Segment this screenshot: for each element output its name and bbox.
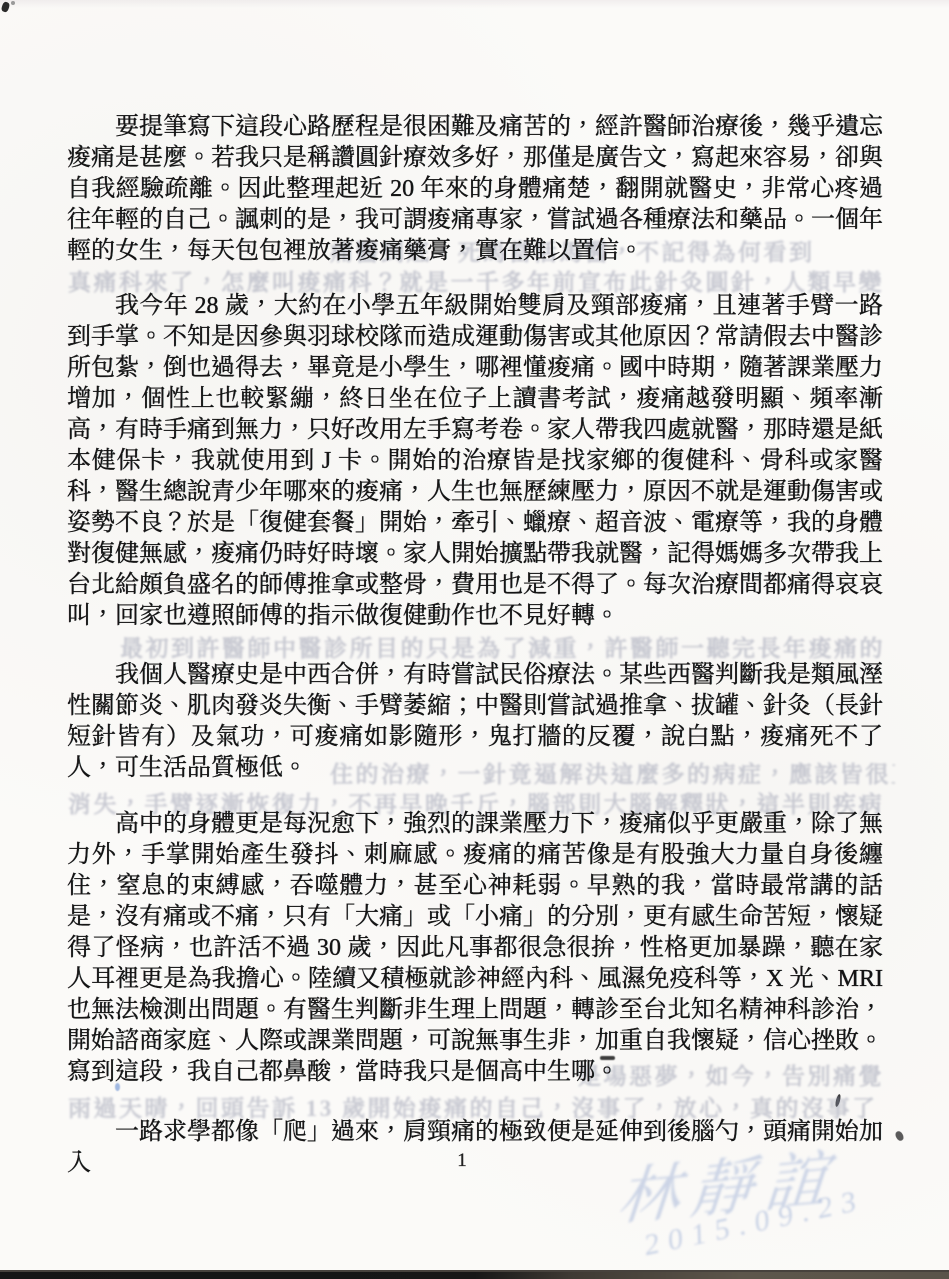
scanned-document-page: 痛醫到底，死馬當活馬醫，不記得為何看到 真痛科來了，怎麼叫痠痛科？就是一千多年前…: [0, 0, 949, 1279]
body-paragraph-3: 我個人醫療史是中西合併，有時嘗試民俗療法。某些西醫判斷我是類風溼性關節炎、肌肉發…: [67, 660, 883, 784]
bleedthrough-line: 最初到許醫師中醫診所目的只是為了減重，許醫師一聽完長年痠痛的經過，建議: [120, 630, 883, 663]
body-paragraph-4: 高中的身體更是每況愈下，強烈的課業壓力下，痠痛似乎更嚴重，除了無力外，手掌開始產…: [67, 809, 883, 1088]
scan-edge-fill: [0, 1272, 949, 1279]
scan-edge: [0, 1270, 949, 1279]
ink-speck-quote: [894, 1130, 905, 1142]
body-paragraph-1: 要提筆寫下這段心路歷程是很困難及痛苦的，經許醫師治療後，幾乎遺忘痠痛是甚麼。若我…: [67, 112, 883, 267]
body-paragraph-2: 我今年 28 歲，大約在小學五年級開始雙肩及頸部痠痛，且連著手臂一路到手掌。不知…: [67, 291, 883, 632]
scan-artifact-corner: [1, 1, 11, 13]
scan-artifact-corner-small: [11, 1, 15, 5]
